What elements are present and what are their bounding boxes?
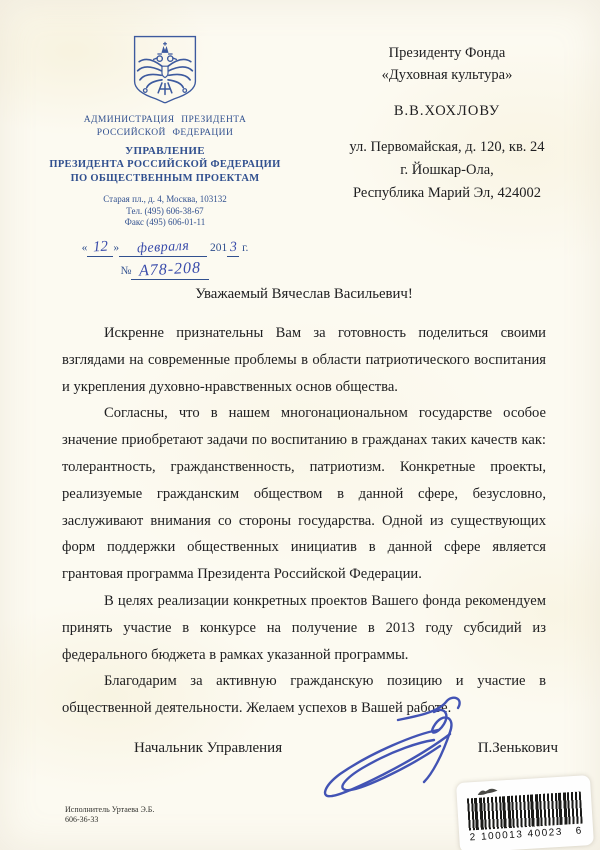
department-line1: УПРАВЛЕНИЕ [30, 144, 300, 158]
department-line2: ПРЕЗИДЕНТА РОССИЙСКОЙ ФЕДЕРАЦИИ [30, 158, 300, 172]
recipient-title-line1: Президенту Фонда [318, 42, 576, 64]
recipient-address-line3: Республика Марий Эл, 424002 [318, 182, 576, 205]
recipient-title-line2: «Духовная культура» [318, 64, 576, 86]
barcode-bars [467, 792, 583, 831]
recipient-address: ул. Первомайская, д. 120, кв. 24 г. Йошк… [318, 136, 576, 205]
recipient-address-line1: ул. Первомайская, д. 120, кв. 24 [318, 136, 576, 159]
handwritten-day: 12 [92, 238, 108, 256]
document-number-line: №А78-208 [30, 261, 300, 280]
coat-of-arms-icon [127, 34, 203, 106]
department-line3: ПО ОБЩЕСТВЕННЫМ ПРОЕКТАМ [30, 172, 300, 186]
number-sign: № [121, 265, 132, 277]
year-printed: 201 [210, 242, 227, 254]
executor-phone: 606-36-33 [65, 815, 154, 825]
recipient-address-line2: г. Йошкар-Ола, [318, 159, 576, 182]
signature-row: Начальник Управления П.Зенькович [62, 740, 560, 757]
recipient-name: В.В.ХОХЛОВУ [318, 100, 576, 122]
paragraph-1: Искренне признательны Вам за готовность … [62, 320, 546, 400]
org-name-line1: АДМИНИСТРАЦИЯ ПРЕЗИДЕНТА [30, 114, 300, 127]
stamp-eagle-icon [476, 787, 499, 797]
signer-position: Начальник Управления [62, 740, 282, 757]
phone-number: Тел. (495) 606-38-67 [30, 206, 300, 218]
scanned-letter-page: АДМИНИСТРАЦИЯ ПРЕЗИДЕНТА РОССИЙСКОЙ ФЕДЕ… [0, 0, 600, 850]
handwritten-number: А78-208 [139, 259, 202, 280]
barcode-sticker: 2 100013 40023 6 [456, 775, 594, 850]
org-name: АДМИНИСТРАЦИЯ ПРЕЗИДЕНТА РОССИЙСКОЙ ФЕДЕ… [30, 114, 300, 139]
street-address: Старая пл., д. 4, Москва, 103132 [30, 194, 300, 206]
year-suffix: г. [242, 242, 248, 254]
org-name-line2: РОССИЙСКОЙ ФЕДЕРАЦИИ [30, 127, 300, 140]
letterhead: АДМИНИСТРАЦИЯ ПРЕЗИДЕНТА РОССИЙСКОЙ ФЕДЕ… [30, 34, 300, 280]
letter-body: Уважаемый Вячеслав Васильевич! Искренне … [62, 286, 546, 722]
executor-info: Исполнитель Уртаева Э.Б. 606-36-33 [65, 805, 154, 825]
executor-name: Исполнитель Уртаева Э.Б. [65, 805, 154, 815]
recipient-block: Президенту Фонда «Духовная культура» В.В… [318, 42, 576, 205]
date-line: «12»февраля 2013 г. [30, 239, 300, 257]
paragraph-3: В целях реализации конкретных проектов В… [62, 588, 546, 668]
signer-name: П.Зенькович [478, 740, 560, 757]
contact-info: Старая пл., д. 4, Москва, 103132 Тел. (4… [30, 194, 300, 229]
salutation: Уважаемый Вячеслав Васильевич! [62, 286, 546, 303]
fax-number: Факс (495) 606-01-11 [30, 217, 300, 229]
department-name: УПРАВЛЕНИЕ ПРЕЗИДЕНТА РОССИЙСКОЙ ФЕДЕРАЦ… [30, 144, 300, 186]
paragraph-2: Согласны, что в нашем многонациональном … [62, 400, 546, 588]
handwritten-month: февраля [137, 238, 190, 257]
handwritten-year-digit: 3 [229, 239, 237, 255]
paragraph-4: Благодарим за активную гражданскую позиц… [62, 668, 546, 722]
